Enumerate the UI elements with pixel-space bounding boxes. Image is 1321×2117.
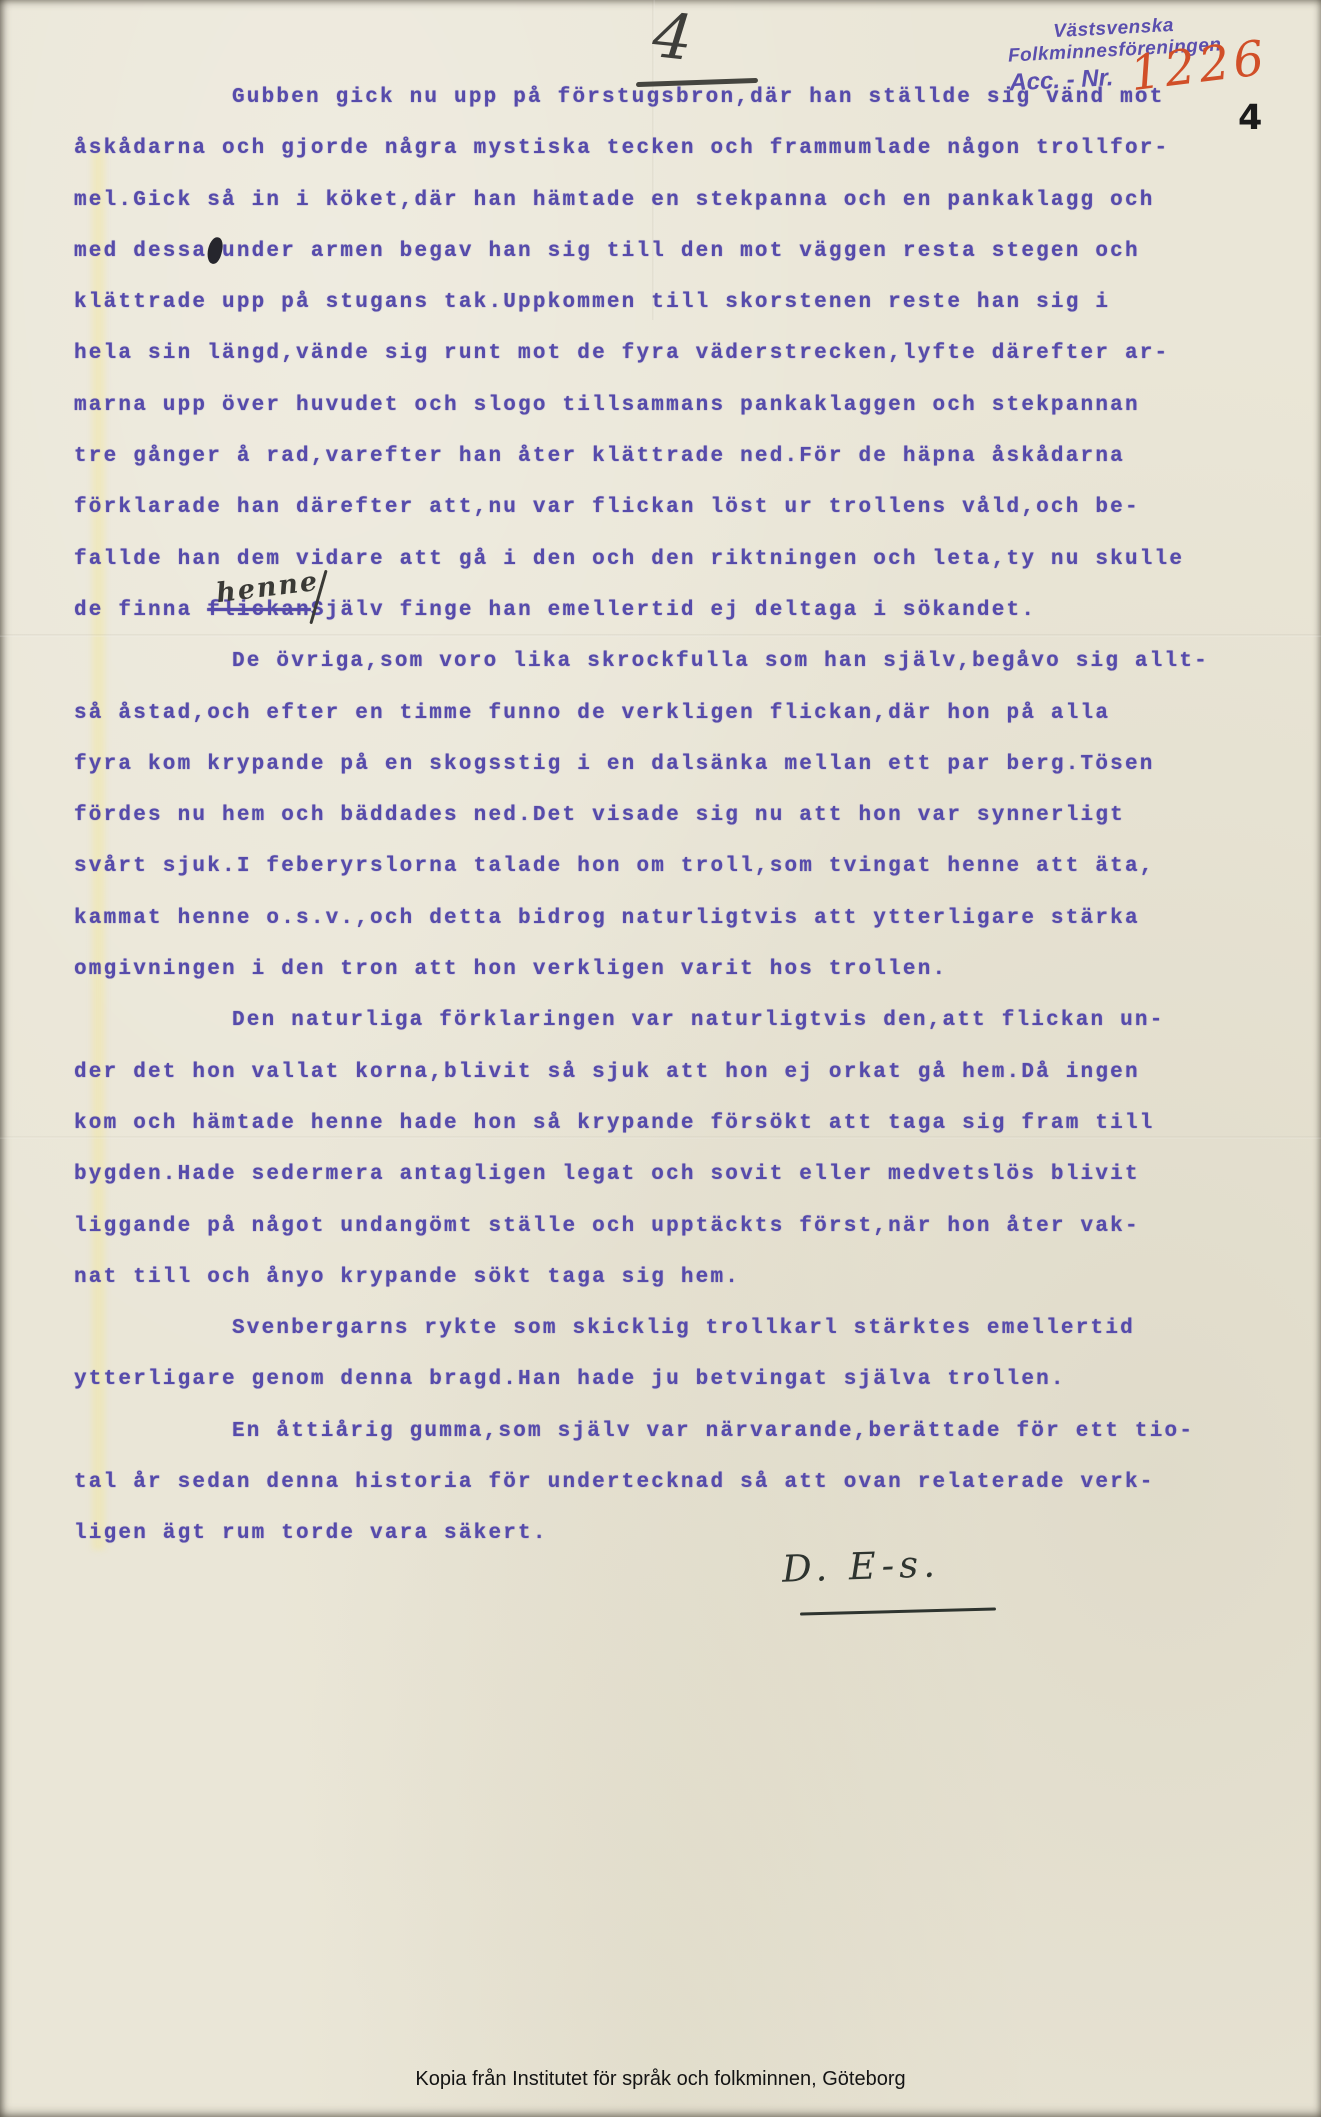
typed-line: fyra kom krypande på en skogsstig i en d… bbox=[74, 739, 1244, 790]
typed-line: förklarade han därefter att,nu var flick… bbox=[74, 482, 1244, 533]
typed-line: omgivningen i den tron att hon verkligen… bbox=[74, 944, 1244, 995]
typed-line: En åttiårig gumma,som själv var närvaran… bbox=[74, 1406, 1244, 1457]
typed-line: ligen ägt rum torde vara säkert. bbox=[74, 1508, 1244, 1559]
typed-line: mel.Gick så in i köket,där han hämtade e… bbox=[74, 175, 1244, 226]
typed-line: De övriga,som voro lika skrockfulla som … bbox=[74, 636, 1244, 687]
archive-copy-caption: Kopia från Institutet för språk och folk… bbox=[0, 2068, 1321, 2091]
typed-line: åskådarna och gjorde några mystiska teck… bbox=[74, 123, 1244, 174]
typed-line: kom och hämtade henne hade hon så krypan… bbox=[74, 1098, 1244, 1149]
scanned-document-page: 4 Västsvenska Folkminnesföreningen Acc. … bbox=[0, 0, 1321, 2117]
edited-line-prefix: de finna bbox=[74, 599, 207, 622]
typed-line: Svenbergarns rykte som skicklig trollkar… bbox=[74, 1303, 1244, 1354]
typed-line-with-correction: de finna flickanSjälv finge han emellert… bbox=[74, 585, 1244, 636]
typed-line: ytterligare genom denna bragd.Han hade j… bbox=[74, 1354, 1244, 1405]
typed-line: nat till och ånyo krypande sökt taga sig… bbox=[74, 1252, 1244, 1303]
signature-underline bbox=[800, 1607, 996, 1615]
typed-line: klättrade upp på stugans tak.Uppkommen t… bbox=[74, 277, 1244, 328]
edited-line-suffix: Själv finge han emellertid ej deltaga i … bbox=[311, 599, 1036, 622]
typed-line: tre gånger å rad,varefter han åter klätt… bbox=[74, 431, 1244, 482]
typed-line: med dessa under armen begav han sig till… bbox=[74, 226, 1244, 277]
typed-line: så åstad,och efter en timme funno de ver… bbox=[74, 688, 1244, 739]
typed-line: marna upp över huvudet och slogo tillsam… bbox=[74, 380, 1244, 431]
typed-line: Den naturliga förklaringen var naturligt… bbox=[74, 995, 1244, 1046]
handwritten-page-mark: 4 bbox=[649, 0, 696, 75]
typed-line: svårt sjuk.I feberyrslorna talade hon om… bbox=[74, 841, 1244, 892]
typed-line: liggande på något undangömt ställe och u… bbox=[74, 1201, 1244, 1252]
typed-line: bygden.Hade sedermera antagligen legat o… bbox=[74, 1149, 1244, 1200]
typed-body-text: Gubben gick nu upp på förstugsbron,där h… bbox=[74, 72, 1244, 1560]
handwritten-signature: D. E-s. bbox=[781, 1542, 940, 1590]
typed-line: Gubben gick nu upp på förstugsbron,där h… bbox=[74, 72, 1244, 123]
typed-line: fördes nu hem och bäddades ned.Det visad… bbox=[74, 790, 1244, 841]
typed-line: hela sin längd,vände sig runt mot de fyr… bbox=[74, 328, 1244, 379]
typed-line: tal år sedan denna historia för undertec… bbox=[74, 1457, 1244, 1508]
typed-line: kammat henne o.s.v.,och detta bidrog nat… bbox=[74, 893, 1244, 944]
typed-line: der det hon vallat korna,blivit så sjuk … bbox=[74, 1047, 1244, 1098]
